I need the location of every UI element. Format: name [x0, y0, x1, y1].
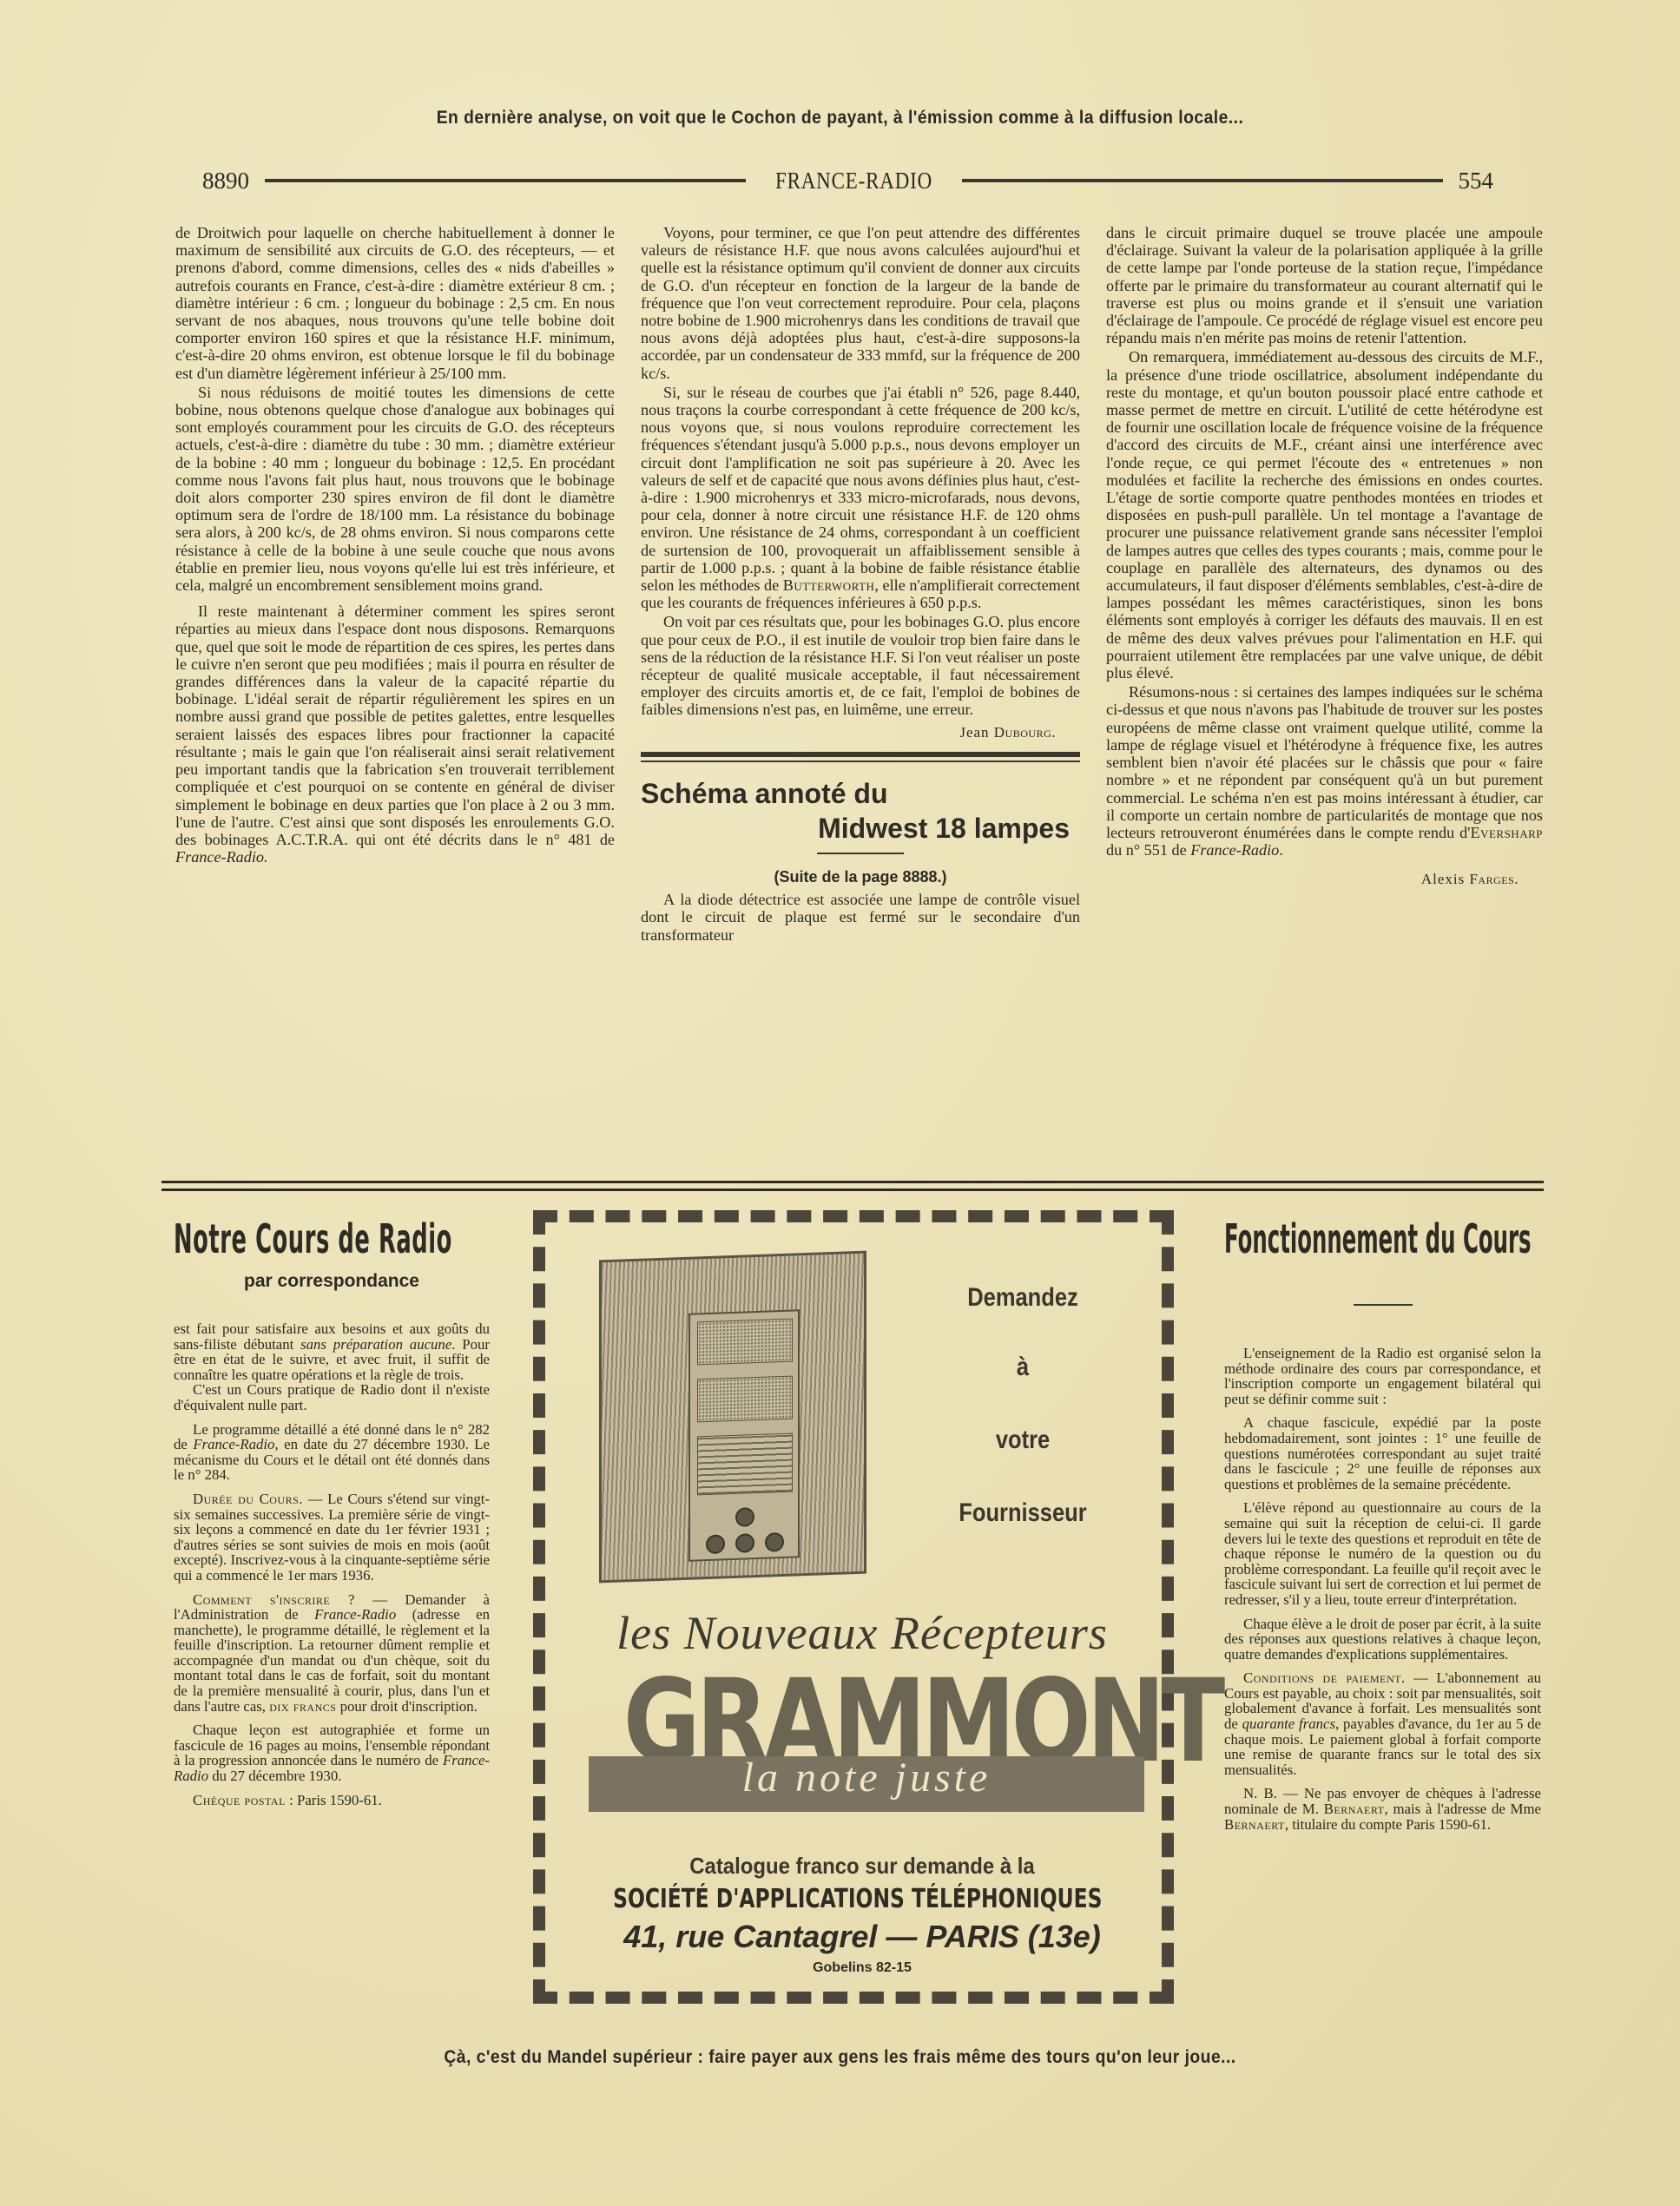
text: du 27 décembre 1930.: [208, 1768, 341, 1784]
header-rule-right: [962, 179, 1443, 182]
title-underline: [1354, 1304, 1413, 1306]
text: , titulaire du compte Paris 1590-61.: [1285, 1816, 1491, 1833]
knob-icon: [735, 1533, 754, 1553]
cours-title: Notre Cours de Radio: [174, 1215, 351, 1262]
ad-cta-line: à: [927, 1353, 1119, 1382]
signature-last: Dubourg.: [994, 724, 1056, 741]
emphasis: quarante francs: [1242, 1715, 1335, 1732]
paragraph: Chèque postal : Paris 1590-61.: [174, 1793, 490, 1808]
top-banner: En dernière analyse, on voit que le Coch…: [67, 108, 1612, 128]
publication-ref: France-Radio: [193, 1436, 274, 1452]
cours-section: Notre Cours de Radio par correspondance …: [174, 1215, 490, 1808]
speaker-grille-icon: [697, 1319, 793, 1366]
knob-icon: [706, 1534, 725, 1554]
article-column-2: Voyons, pour terminer, ce que l'on peut …: [641, 224, 1080, 945]
page-number-right: 554: [1459, 168, 1494, 194]
running-head: 8890 FRANCE-RADIO 554: [202, 163, 1493, 198]
fonctionnement-section: Fonctionnement du Cours L'enseignement d…: [1224, 1215, 1541, 1832]
paragraph: C'est un Cours pratique de Radio dont il…: [174, 1382, 490, 1412]
article-title: Schéma annoté du Midwest 18 lampes: [641, 776, 1080, 846]
cours-subtitle: par correspondance: [174, 1271, 490, 1292]
paragraph: Résumons-nous : si certaines des lampes …: [1106, 683, 1543, 859]
paragraph: Si nous réduisons de moitié toutes les d…: [175, 384, 615, 594]
ad-catalogue: Catalogue franco sur demande à la: [587, 1853, 1138, 1880]
text: pour droit d'inscription.: [336, 1698, 477, 1715]
name: Bernaert: [1324, 1801, 1385, 1817]
label: Durée du Cours.: [193, 1491, 303, 1507]
paragraph: On voit par ces résultats que, pour les …: [641, 613, 1080, 718]
paragraph: Comment s'inscrire ? — Demander à l'Admi…: [174, 1592, 490, 1715]
paragraph: Si, sur le réseau de courbes que j'ai ét…: [641, 384, 1080, 612]
title-underline: [817, 853, 904, 854]
paragraph-text: Si, sur le réseau de courbes que j'ai ét…: [641, 384, 1080, 594]
signature-last: Farges.: [1469, 871, 1519, 887]
grammont-advertisement: Demandez à votre Fournisseur les Nouveau…: [533, 1210, 1174, 2004]
paragraph-text: Résumons-nous : si certaines des lampes …: [1106, 683, 1543, 841]
paragraph-text: Il reste maintenant à déterminer comment…: [175, 603, 615, 848]
page-number-left: 8890: [202, 168, 249, 194]
ad-phone: Gobelins 82-15: [563, 1960, 1162, 1976]
author-ref: Butterworth: [783, 576, 875, 594]
paragraph: Voyons, pour terminer, ce que l'on peut …: [641, 224, 1080, 382]
bottom-banner: Çà, c'est du Mandel supérieur : faire pa…: [67, 2047, 1612, 2068]
paragraph: On remarquera, immédiatement au-dessous …: [1106, 348, 1543, 682]
paragraph: Chaque leçon est autographiée et forme u…: [174, 1722, 490, 1783]
fonctionnement-title: Fonctionnement du Cours: [1224, 1215, 1392, 1262]
title-line-2: Midwest 18 lampes: [641, 811, 1080, 846]
signature-farges: Alexis Farges.: [1106, 871, 1543, 888]
radio-front-panel: [688, 1309, 800, 1561]
paragraph-text: du n° 551 de: [1106, 841, 1190, 859]
paragraph: dans le circuit primaire duquel se trouv…: [1106, 224, 1543, 346]
text: : Paris 1590-61.: [286, 1792, 382, 1808]
ad-cta-line: votre: [927, 1426, 1119, 1455]
paragraph: est fait pour satisfaire aux besoins et …: [174, 1321, 490, 1382]
signature-first: Alexis: [1421, 871, 1465, 887]
paragraph: de Droitwich pour laquelle on cherche ha…: [175, 224, 615, 382]
header-rule-left: [265, 179, 746, 182]
label: Comment s'inscrire ?: [193, 1591, 355, 1608]
publication-title: FRANCE-RADIO: [775, 168, 932, 194]
brand-ref: Eversharp: [1470, 824, 1543, 841]
paragraph: A la diode détectrice est associée une l…: [641, 891, 1080, 944]
paragraph: Chaque élève a le droit de poser par écr…: [1224, 1617, 1541, 1663]
continued-note: (Suite de la page 8888.): [641, 868, 1080, 886]
signature-dubourg: Jean Dubourg.: [641, 724, 1080, 741]
ad-cta-line: Fournisseur: [927, 1498, 1119, 1528]
signature-first: Jean: [959, 724, 989, 741]
knob-icon: [735, 1507, 754, 1527]
label: Chèque postal: [193, 1792, 286, 1808]
publication-ref: France-Radio: [314, 1606, 396, 1623]
tuning-dial-icon: [697, 1433, 793, 1496]
paragraph: Conditions de paiement. — L'abonnement a…: [1224, 1670, 1541, 1777]
emphasis: sans préparation aucune: [300, 1336, 451, 1353]
fee: dix francs: [269, 1698, 336, 1715]
ad-company: SOCIÉTÉ D'APPLICATIONS TÉLÉPHONIQUES: [613, 1884, 1094, 1914]
brand-tagline: la note juste: [589, 1754, 1144, 1801]
ad-address: 41, rue Cantagrel — PARIS (13e): [563, 1919, 1162, 1955]
publication-ref: France-Radio: [1190, 841, 1279, 859]
paragraph: Durée du Cours. — Le Cours s'étend sur v…: [174, 1492, 490, 1584]
knob-icon: [765, 1532, 784, 1552]
text: , mais à l'adresse de Mme: [1385, 1801, 1541, 1817]
section-double-rule: [161, 1181, 1544, 1196]
ad-cta-line: Demandez: [927, 1283, 1119, 1313]
publication-ref: France-Radio.: [175, 848, 268, 866]
fonctionnement-text: L'enseignement de la Radio est organisé …: [1224, 1346, 1541, 1832]
paragraph: Il reste maintenant à déterminer comment…: [175, 603, 615, 866]
punct: .: [1279, 841, 1283, 859]
cours-text: est fait pour satisfaire aux besoins et …: [174, 1321, 490, 1808]
article-divider: [641, 752, 1080, 757]
article-divider-thin: [641, 761, 1080, 762]
article-column-1: de Droitwich pour laquelle on cherche ha…: [175, 224, 615, 867]
paragraph: A chaque fascicule, expédié par la poste…: [1224, 1415, 1541, 1492]
title-line-1: Schéma annoté du: [641, 778, 888, 809]
paragraph: L'élève répond au questionnaire au cours…: [1224, 1500, 1541, 1607]
radio-cabinet-illustration: [599, 1251, 866, 1584]
article-column-3: dans le circuit primaire duquel se trouv…: [1106, 224, 1543, 889]
speaker-grille-icon: [697, 1376, 793, 1423]
name: Bernaert: [1224, 1816, 1285, 1833]
label: Conditions de paiement.: [1243, 1669, 1406, 1686]
paragraph: L'enseignement de la Radio est organisé …: [1224, 1346, 1541, 1406]
paragraph: N. B. — Ne pas envoyer de chèques à l'ad…: [1224, 1786, 1541, 1832]
paragraph: Le programme détaillé a été donné dans l…: [174, 1422, 490, 1483]
ad-headline: les Nouveaux Récepteurs: [563, 1606, 1162, 1660]
